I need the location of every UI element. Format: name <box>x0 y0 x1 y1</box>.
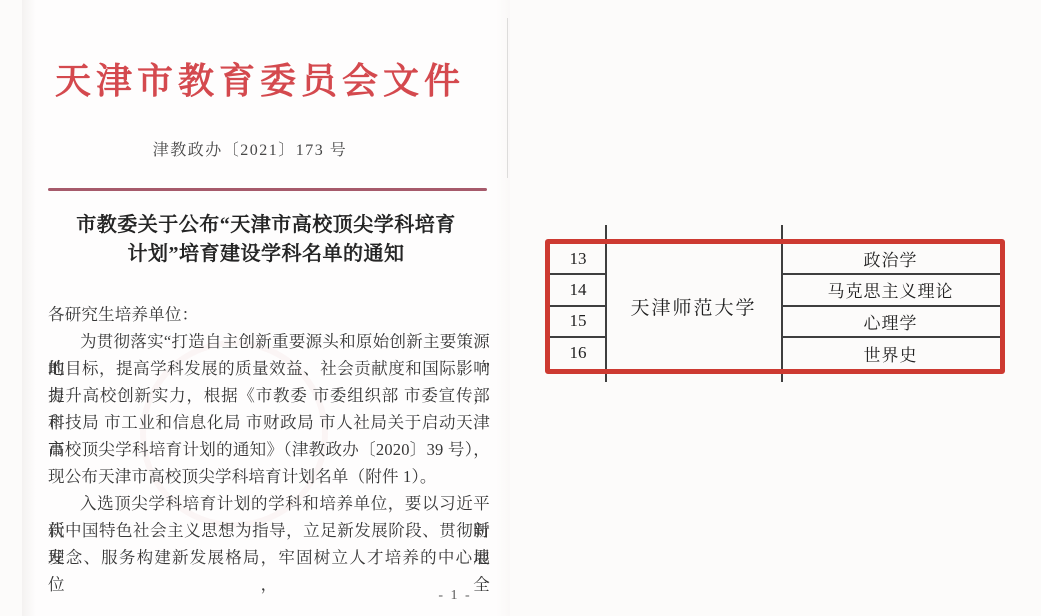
row-number-cell: 14 <box>550 275 606 306</box>
red-highlight-border: 13 14 15 16 天津师范大学 政治学 马克思主义理论 心理学 世界史 <box>545 239 1005 374</box>
university-cell: 天津师范大学 <box>606 244 781 369</box>
body-line: 代中国特色社会主义思想为指导，立足新发展阶段、贯彻新发展 <box>48 517 490 544</box>
row-number-cell: 13 <box>550 244 606 275</box>
body-line: 入选顶尖学科培育计划的学科和培养单位，要以习近平新时 <box>48 490 490 517</box>
discipline-cell: 政治学 <box>781 244 1000 275</box>
page-number: - 1 - <box>420 588 490 604</box>
body-line: 理念、服务构建新发展格局，牢固树立人才培养的中心地位，全 <box>48 544 490 571</box>
body-line: 提升高校创新实力，根据《市教委 市委组织部 市委宣传部 市 <box>48 382 490 409</box>
notice-heading: 市教委关于公布“天津市高校顶尖学科培育 计划”培育建设学科名单的通知 <box>22 211 510 269</box>
body-line: 现公布天津市高校顶尖学科培育计划名单（附件 1）。 <box>48 463 490 490</box>
row-number-cell: 15 <box>550 307 606 338</box>
document-number: 津教政办〔2021〕173 号 <box>6 137 494 160</box>
table-grid: 13 14 15 16 天津师范大学 政治学 马克思主义理论 心理学 世界史 <box>550 244 1000 369</box>
discipline-cell: 马克思主义理论 <box>781 275 1000 306</box>
document-page: 天津市教育委员会文件 津教政办〔2021〕173 号 市教委关于公布“天津市高校… <box>22 0 510 616</box>
row-number-cell: 16 <box>550 338 606 369</box>
notice-heading-line-2: 计划”培育建设学科名单的通知 <box>22 240 510 269</box>
body-line: 的目标，提高学科发展的质量效益、社会贡献度和国际影响力， <box>48 355 490 382</box>
body-text: 各研究生培养单位： 为贯彻落实“打造自主创新重要源头和原始创新主要策源地” 的目… <box>48 301 490 571</box>
body-line: 为贯彻落实“打造自主创新重要源头和原始创新主要策源地” <box>48 328 490 355</box>
header-divider-line <box>48 188 487 191</box>
notice-heading-line-1: 市教委关于公布“天津市高校顶尖学科培育 <box>22 211 510 240</box>
discipline-cell: 世界史 <box>781 338 1000 369</box>
body-line: 科技局 市工业和信息化局 市财政局 市人社局关于启动天津市 <box>48 409 490 436</box>
discipline-cell: 心理学 <box>781 307 1000 338</box>
screenshot: 天津市教育委员会文件 津教政办〔2021〕173 号 市教委关于公布“天津市高校… <box>0 0 1041 616</box>
document-title: 天津市教育委员会文件 <box>16 56 504 106</box>
discipline-table: 13 14 15 16 天津师范大学 政治学 马克思主义理论 心理学 世界史 <box>545 225 1006 382</box>
body-line: 各研究生培养单位： <box>48 301 490 328</box>
body-line: 高校顶尖学科培育计划的通知》（津教政办〔2020〕39 号）， <box>48 436 490 463</box>
paper-edge <box>507 18 508 178</box>
